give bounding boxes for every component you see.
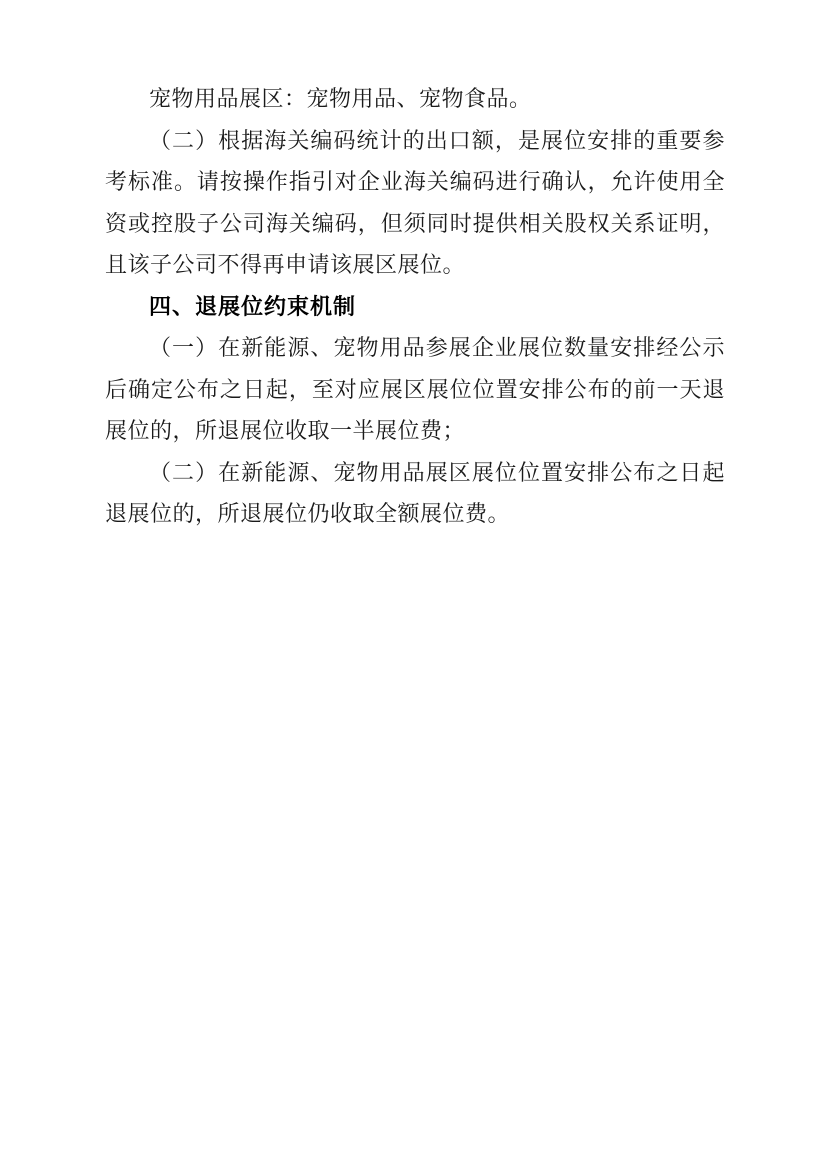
paragraph-withdrawal-half-fee: （一）在新能源、宠物用品参展企业展位数量安排经公示后确定公布之日起，至对应展区展…: [105, 327, 725, 452]
heading-section-4-booth-withdrawal: 四、退展位约束机制: [105, 286, 725, 328]
paragraph-customs-code-rule: （二）根据海关编码统计的出口额，是展位安排的重要参考标准。请按操作指引对企业海关…: [105, 120, 725, 286]
document-page: 宠物用品展区：宠物用品、宠物食品。 （二）根据海关编码统计的出口额，是展位安排的…: [0, 0, 827, 1169]
paragraph-withdrawal-full-fee: （二）在新能源、宠物用品展区展位位置安排公布之日起退展位的，所退展位仍收取全额展…: [105, 452, 725, 535]
paragraph-pet-products-zone: 宠物用品展区：宠物用品、宠物食品。: [105, 78, 725, 120]
